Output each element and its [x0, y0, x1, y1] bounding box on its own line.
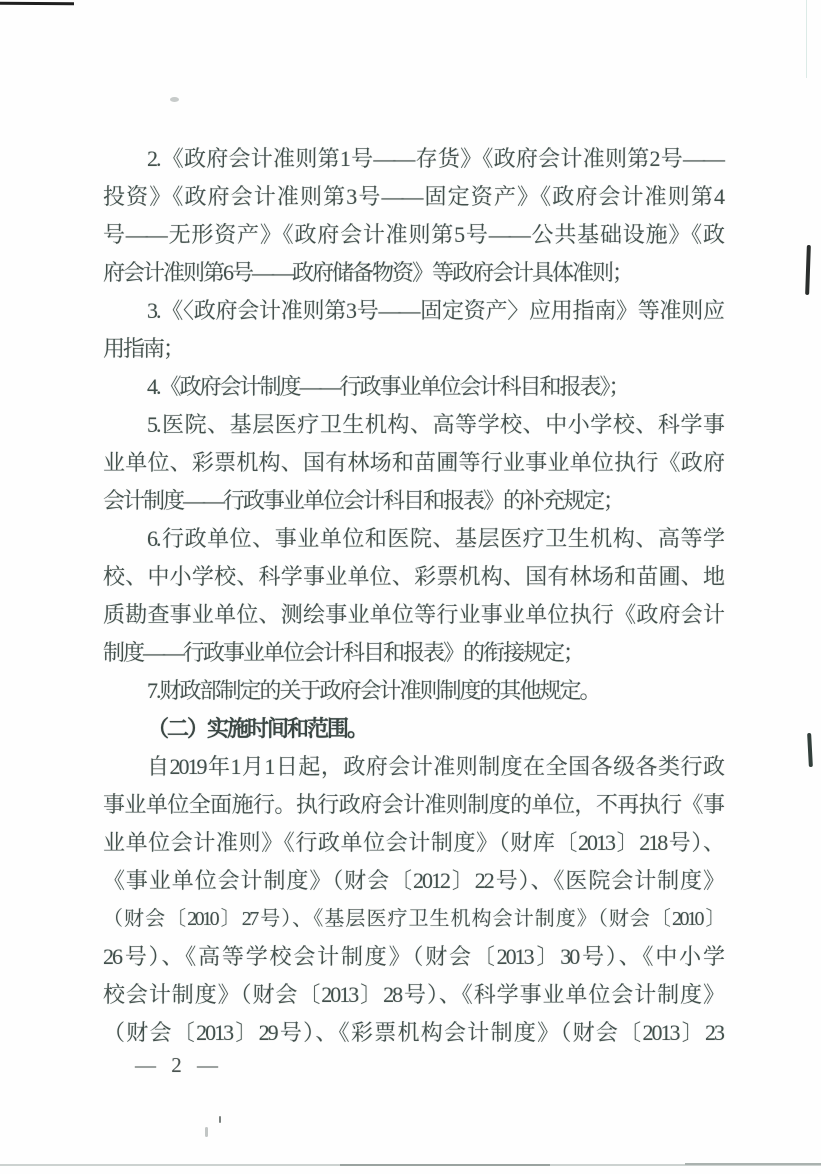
text-line: 府会计准则第6号——政府储备物资》等政府会计具体准则；	[103, 254, 723, 292]
text-line: 2.《政府会计准则第1号——存货》《政府会计准则第2号——	[103, 140, 723, 178]
text-line: 4.《政府会计制度——行政事业单位会计科目和报表》；	[103, 368, 723, 406]
scan-artifact-top-left-line	[0, 2, 74, 5]
text-line: （财会〔2013〕29号）、《彩票机构会计制度》（财会〔2013〕23	[103, 1014, 723, 1052]
text-line: 业单位会计准则》《行政单位会计制度》（财库〔2013〕218号）、	[103, 824, 723, 862]
text-line: 校、中小学校、科学事业单位、彩票机构、国有林场和苗圃、地	[103, 558, 723, 596]
text-line: 3.《〈政府会计准则第3号——固定资产〉应用指南》等准则应	[103, 292, 723, 330]
scan-artifact-bottom-edge-dark-right	[685, 1163, 821, 1165]
section-heading-line: （二）实施时间和范围。	[103, 710, 723, 748]
scan-artifact-binding-mark-lower	[807, 733, 813, 767]
text-line: 投资》《政府会计准则第3号——固定资产》《政府会计准则第4	[103, 178, 723, 216]
text-line: 6.行政单位、事业单位和医院、基层医疗卫生机构、高等学	[103, 520, 723, 558]
text-line: 《事业单位会计制度》（财会〔2012〕22号）、《医院会计制度》	[103, 862, 723, 900]
scan-artifact-bottom-edge-dark	[340, 1164, 550, 1166]
scanned-page: 2.《政府会计准则第1号——存货》《政府会计准则第2号—— 投资》《政府会计准则…	[0, 0, 821, 1174]
scan-artifact-binding-mark-upper	[805, 245, 811, 295]
document-text-block: 2.《政府会计准则第1号——存货》《政府会计准则第2号—— 投资》《政府会计准则…	[103, 140, 723, 1052]
text-line: 5.医院、基层医疗卫生机构、高等学校、中小学校、科学事	[103, 406, 723, 444]
text-line: 号——无形资产》《政府会计准则第5号——公共基础设施》《政	[103, 216, 723, 254]
text-line: 7.财政部制定的关于政府会计准则制度的其他规定。	[103, 672, 723, 710]
text-line: 自2019年1月1日起，政府会计准则制度在全国各级各类行政	[103, 748, 723, 786]
scan-artifact-bottom-edge-line	[0, 1164, 821, 1166]
text-line: 会计制度——行政事业单位会计科目和报表》的补充规定；	[103, 482, 723, 520]
page-number: — 2 —	[135, 1053, 223, 1078]
scan-artifact-speck	[219, 1116, 221, 1123]
scan-artifact-speck	[205, 1127, 208, 1137]
text-line: 事业单位全面施行。执行政府会计准则制度的单位，不再执行《事	[103, 786, 723, 824]
text-line: 用指南；	[103, 330, 723, 368]
text-line: 质勘查事业单位、测绘事业单位等行业事业单位执行《政府会计	[103, 596, 723, 634]
text-line: （财会〔2010〕27号）、《基层医疗卫生机构会计制度》（财会〔2010〕	[103, 900, 723, 938]
text-line: 校会计制度》（财会〔2013〕28号）、《科学事业单位会计制度》	[103, 976, 723, 1014]
scan-artifact-edge-shadow	[806, 0, 807, 78]
text-line: 26号）、《高等学校会计制度》（财会〔2013〕30号）、《中小学	[103, 938, 723, 976]
text-line: 业单位、彩票机构、国有林场和苗圃等行业事业单位执行《政府	[103, 444, 723, 482]
scan-artifact-smudge	[170, 97, 179, 102]
text-line: 制度——行政事业单位会计科目和报表》的衔接规定；	[103, 634, 723, 672]
